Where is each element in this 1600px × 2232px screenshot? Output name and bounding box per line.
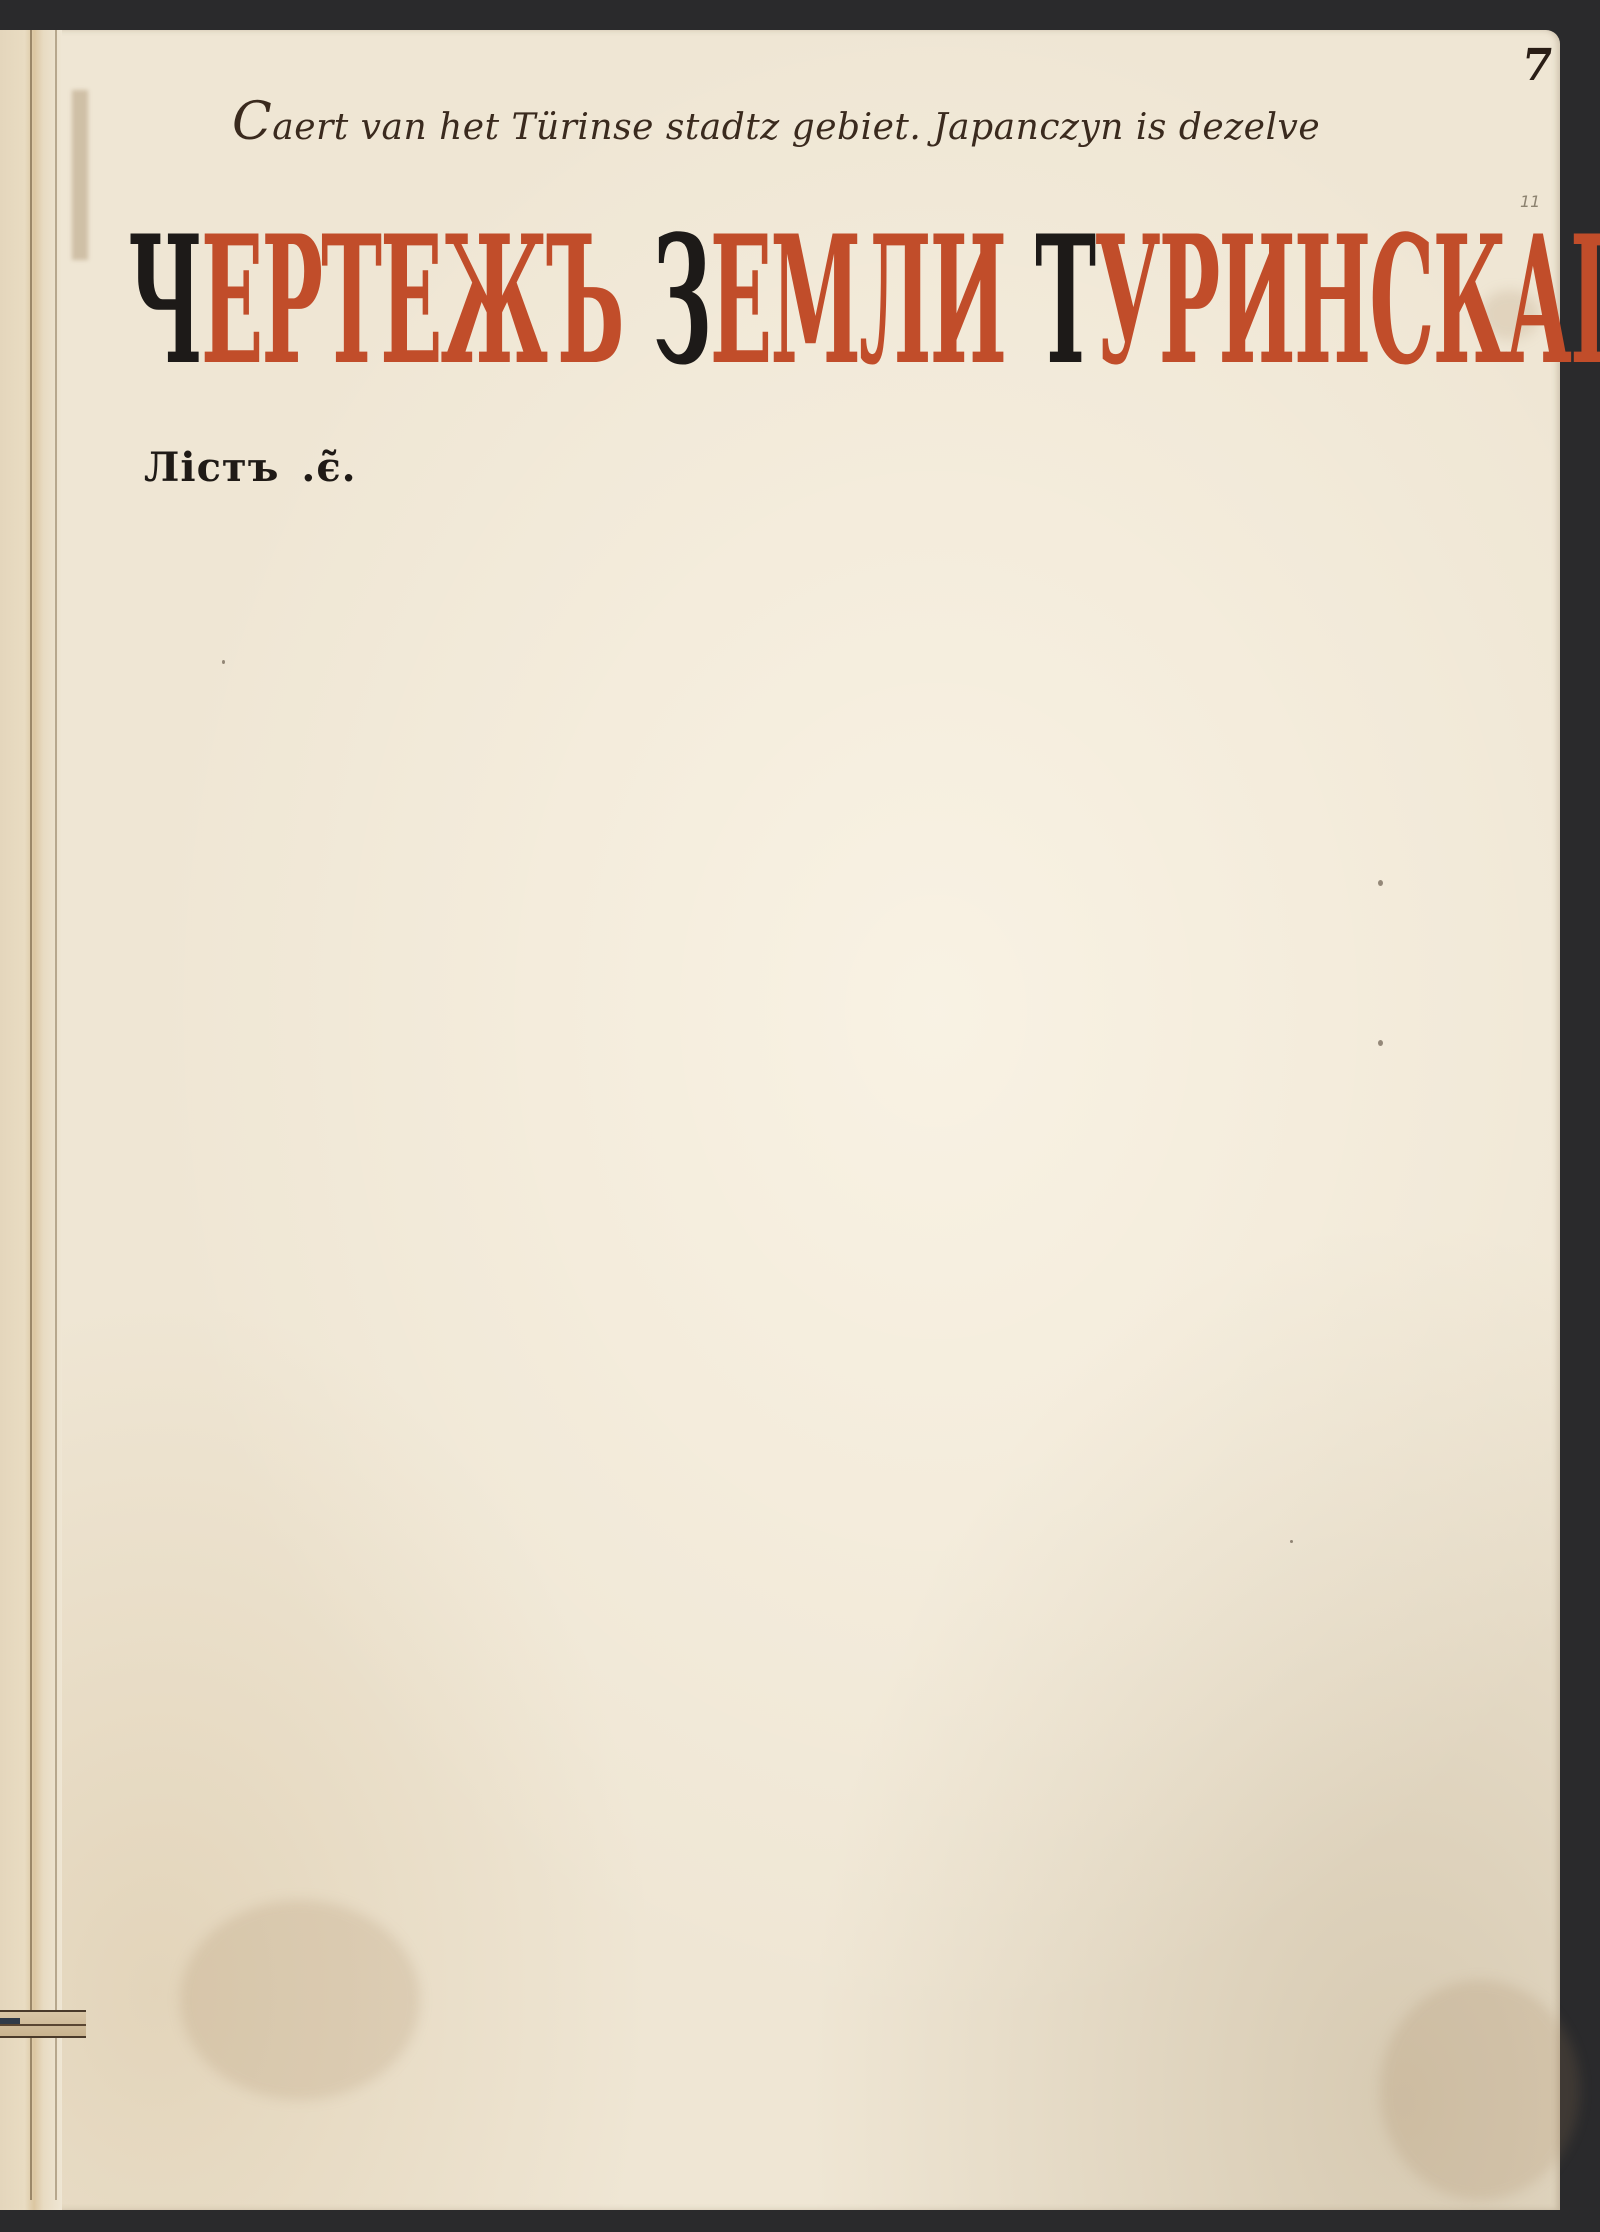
title-word: ЧЕРТЕЖЪ xyxy=(128,308,623,390)
caption-initial: C xyxy=(232,92,272,152)
title-letter: У xyxy=(1094,214,1159,390)
title-letter: Ъ xyxy=(546,214,622,390)
title-letter: И xyxy=(1218,214,1293,390)
foxing-stain xyxy=(1380,1980,1580,2200)
title-letter: Р xyxy=(261,214,321,390)
title-letter: Г xyxy=(1570,214,1600,390)
speck xyxy=(1290,1540,1293,1543)
title-letter: Е xyxy=(380,214,441,390)
title-letter: Е xyxy=(710,214,771,390)
title-letter: З xyxy=(653,214,710,390)
title-letter: Р xyxy=(1159,214,1219,390)
title-letter: Н xyxy=(1294,214,1369,390)
binding-tab xyxy=(0,2010,86,2038)
sheet-label: Лістъ.є̃. xyxy=(144,444,357,491)
title-letter: Л xyxy=(859,214,930,390)
gutter-fold-line xyxy=(30,30,32,2200)
title-letter: Т xyxy=(1035,214,1094,390)
sheet-number: .є̃. xyxy=(301,444,356,491)
foxing-stain xyxy=(180,1900,420,2100)
title-letter: Т xyxy=(321,214,380,390)
title-letter: Ч xyxy=(128,214,201,390)
title-letter: С xyxy=(1369,214,1432,390)
title-letter: М xyxy=(770,214,859,390)
speck xyxy=(1378,880,1383,886)
caption-text: aert van het Türinse stadtz gebiet. Japa… xyxy=(272,107,1320,148)
speck xyxy=(222,660,225,664)
gutter-fold-line xyxy=(55,30,57,2200)
sheet-word: Лістъ xyxy=(144,444,279,491)
title-letter: А xyxy=(1505,214,1570,390)
title-letter: И xyxy=(930,214,1005,390)
title-letter: Ж xyxy=(441,214,547,390)
stain xyxy=(72,90,88,260)
title-letter: Е xyxy=(201,214,262,390)
title-word: ЗЕМЛИ xyxy=(653,308,1005,390)
title-word: ТУРИНСКАГО xyxy=(1035,308,1600,390)
slavonic-title: ЧЕРТЕЖЪЗЕМЛИТУРИНСКАГОѾСТРОГУ xyxy=(128,205,1600,390)
speck xyxy=(1378,1040,1383,1046)
title-letter: К xyxy=(1433,214,1506,390)
dutch-caption: Caert van het Türinse stadtz gebiet. Jap… xyxy=(232,92,1320,152)
